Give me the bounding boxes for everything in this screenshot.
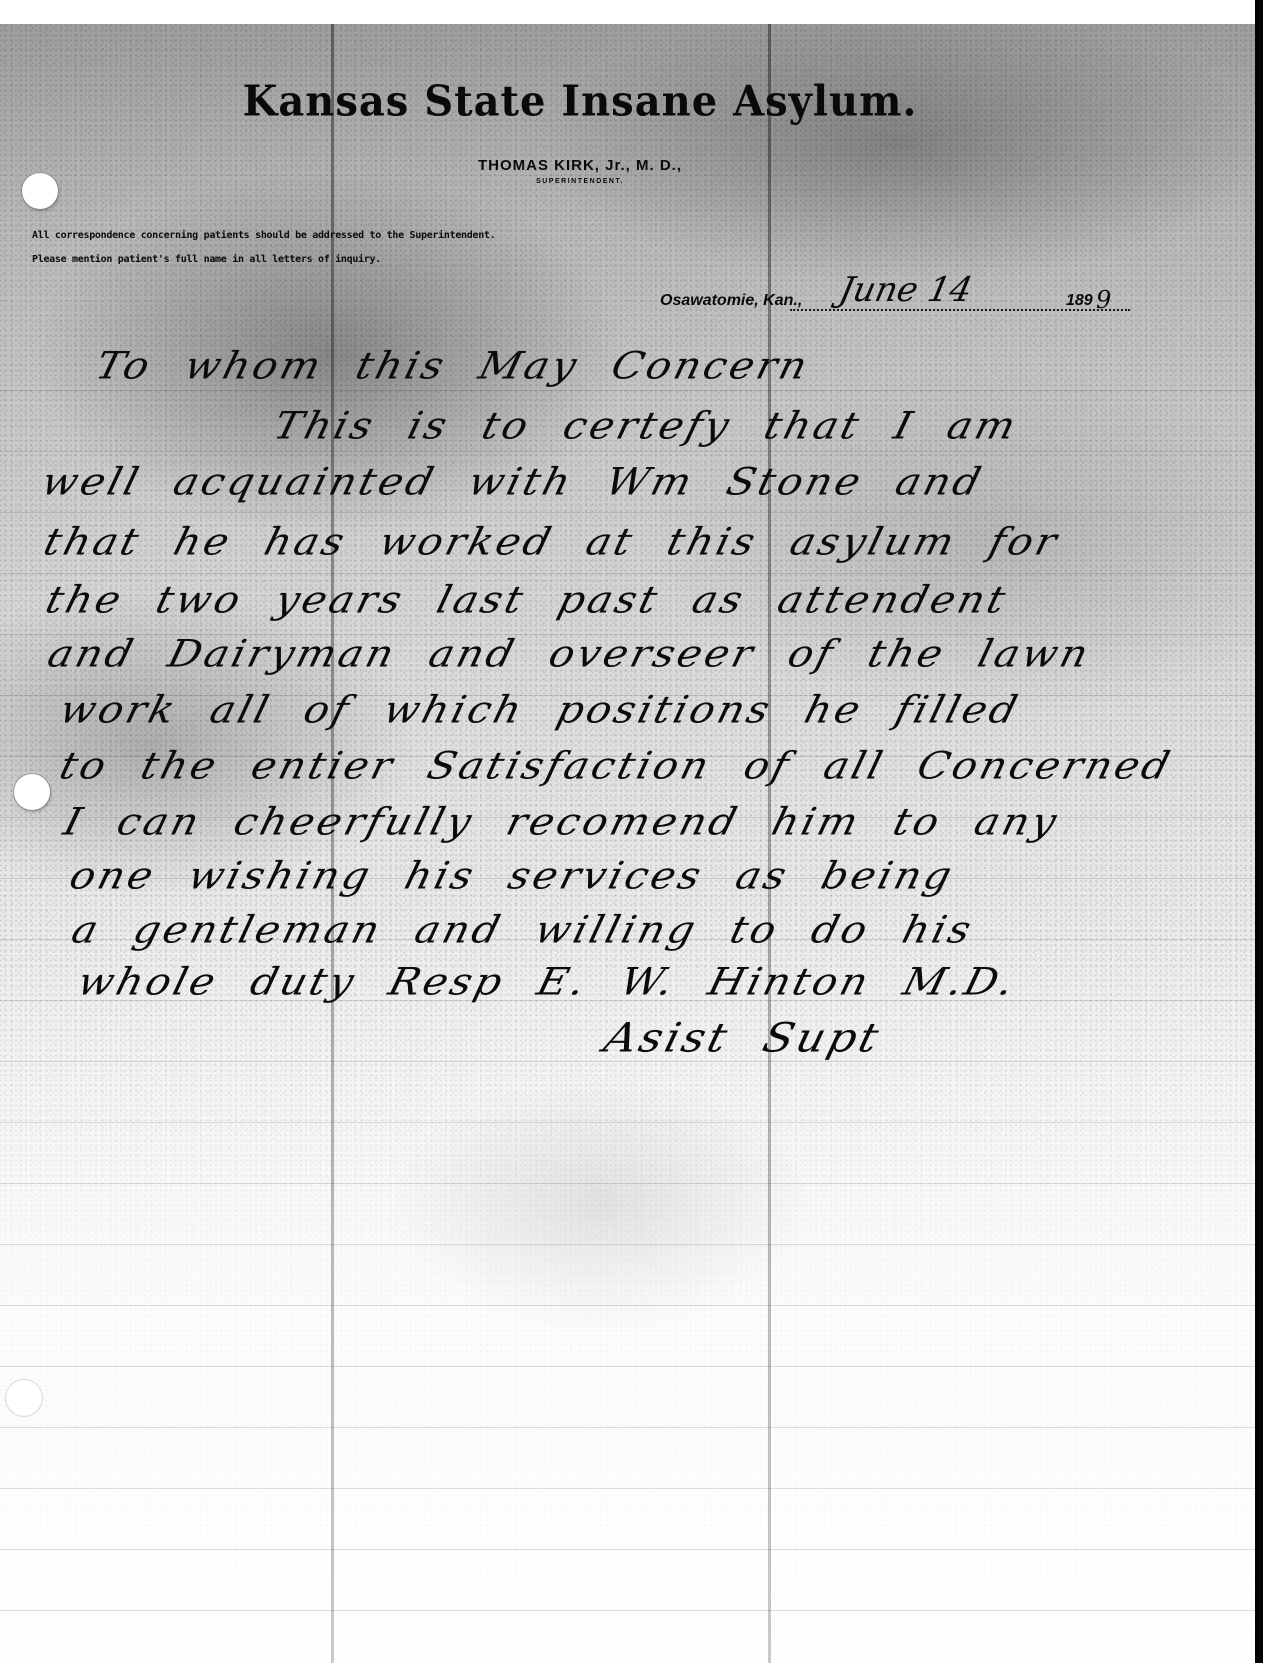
date-line: Osawatomie, Kan., June 14 189 9: [660, 292, 1130, 322]
date-place: Osawatomie, Kan.,: [660, 292, 802, 310]
letter-line: a gentleman and willing to do his: [68, 911, 977, 949]
handwritten-date: June 14: [836, 270, 976, 310]
inquiry-notice: Please mention patient's full name in al…: [32, 254, 381, 265]
letter-line: the two years last past as attendent: [42, 581, 1012, 619]
letterhead-title: Kansas State Insane Asylum.: [0, 77, 1160, 126]
hole-punch-bottom: [6, 1380, 42, 1416]
letter-line: to the entier Satisfaction of all Concer…: [56, 747, 1176, 785]
letter-line: and Dairyman and overseer of the lawn: [44, 635, 1095, 673]
closing-signature-line: whole duty Resp E. W. Hinton M.D.: [74, 963, 1020, 1001]
letter-line: that he has worked at this asylum for: [40, 523, 1063, 561]
correspondence-notice: All correspondence concerning patients s…: [32, 230, 495, 241]
letter-line: This is to certefy that I am: [270, 407, 1022, 445]
superintendent-title: SUPERINTENDENT.: [0, 178, 1160, 185]
letter-line: well acquainted with Wm Stone and: [38, 463, 987, 501]
printed-year: 189: [1066, 292, 1093, 310]
superintendent-name: THOMAS KIRK, Jr., M. D.,: [0, 157, 1160, 174]
salutation: To whom this May Concern: [92, 347, 814, 385]
letter-line: I can cheerfully recomend him to any: [60, 803, 1063, 841]
hole-punch-middle: [14, 774, 50, 810]
signature-title: Asist Supt: [600, 1019, 885, 1059]
letter-line: work all of which positions he filled: [56, 691, 1024, 729]
handwritten-year-digit: 9: [1096, 286, 1111, 314]
scan-edge: [1255, 0, 1263, 1663]
letter-line: one wishing his services as being: [66, 857, 958, 895]
